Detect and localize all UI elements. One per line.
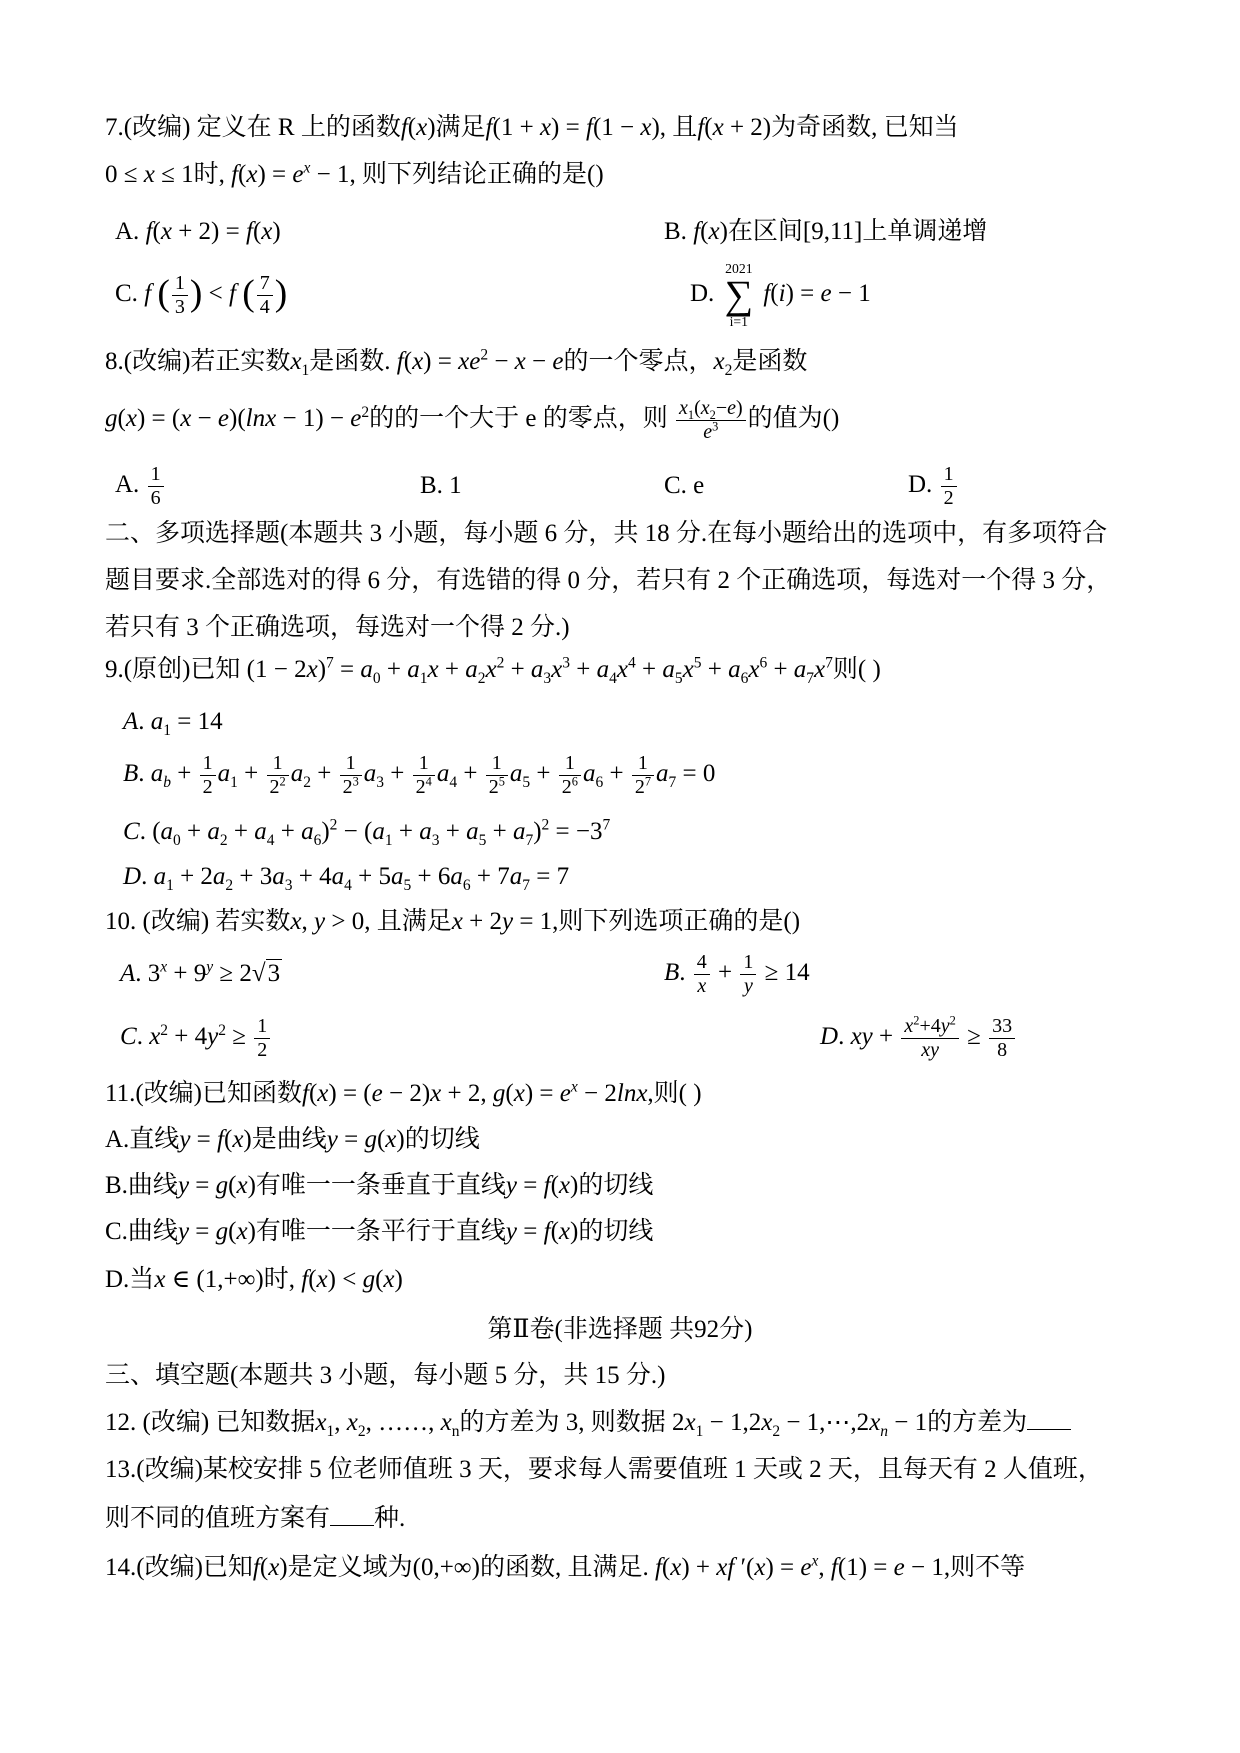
q10-option-a: A. 3x + 9y ≥ 2√3 (120, 958, 282, 991)
q9-option-a: A. a1 = 14 (123, 706, 223, 739)
q7-options-row2: C. f (13) < f (74) D. 2021∑i=1 f(i) = e … (105, 248, 1180, 342)
q11-option-c-row: C.曲线y = g(x)有唯一一条平行于直线y = f(x)的切线 (105, 1210, 1180, 1254)
q8-stem-line2-text: g(x) = (x − e)(lnx − 1) − e2的的一个大于 e 的零点… (105, 397, 839, 444)
q8-option-d: D. 12 (908, 463, 959, 510)
q9-option-b-row: B. ab + 12a1 + 122a2 + 123a3 + 124a4 + 1… (105, 744, 1180, 806)
q8-options-row: A. 16 B. 1 C. e D. 12 (105, 455, 1180, 517)
q8-option-c: C. e (664, 470, 704, 503)
section3-header: 三、填空题(本题共 3 小题，每小题 5 分，共 15 分.) (105, 1354, 1180, 1398)
q12-stem: 12. (改编) 已知数据x1, x2, ……, xn的方差为 3, 则数据 2… (105, 1400, 1180, 1444)
exam-page: 7.(改编) 定义在 R 上的函数f(x)满足f(1 + x) = f(1 − … (0, 0, 1240, 1753)
q10-options-row1: A. 3x + 9y ≥ 2√3 B. 4x + 1y ≥ 14 (105, 944, 1180, 1004)
part2-title: 第Ⅱ卷(非选择题 共92分) (0, 1308, 1240, 1352)
q10-stem-text: 10. (改编) 若实数x, y > 0, 且满足x + 2y = 1,则下列选… (105, 906, 800, 939)
section2-header-line1: 二、多项选择题(本题共 3 小题，每小题 6 分，共 18 分.在每小题给出的选… (105, 512, 1180, 556)
q11-option-c: C.曲线y = g(x)有唯一一条平行于直线y = f(x)的切线 (105, 1216, 653, 1249)
q11-option-b-row: B.曲线y = g(x)有唯一一条垂直于直线y = f(x)的切线 (105, 1164, 1180, 1208)
q9-stem-text: 9.(原创)已知 (1 − 2x)7 = a0 + a1x + a2x2 + a… (105, 654, 881, 687)
q7-stem-line2-text: 0 ≤ x ≤ 1时, f(x) = ex − 1, 则下列结论正确的是() (105, 159, 604, 192)
q10-options-row2: C. x2 + 4y2 ≥ 12 D. xy + x2+4y2xy ≥ 338 (105, 1008, 1180, 1068)
q10-option-b: B. 4x + 1y ≥ 14 (664, 951, 810, 998)
q8-stem-line2: g(x) = (x − e)(lnx − 1) − e2的的一个大于 e 的零点… (105, 388, 1180, 452)
q14-stem: 14.(改编)已知f(x)是定义域为(0,+∞)的函数, 且满足. f(x) +… (105, 1546, 1180, 1590)
section3-header-text: 三、填空题(本题共 3 小题，每小题 5 分，共 15 分.) (105, 1360, 665, 1393)
q9-option-c-row: C. (a0 + a2 + a4 + a6)2 − (a1 + a3 + a5 … (105, 810, 1180, 854)
q7-option-b: B. f(x)在区间[9,11]上单调递增 (664, 216, 987, 249)
q7-stem-line2: 0 ≤ x ≤ 1时, f(x) = ex − 1, 则下列结论正确的是() (105, 155, 1180, 195)
q9-option-a-row: A. a1 = 14 (105, 702, 1180, 742)
section2-header-line3-text: 若只有 3 个正确选项，每选对一个得 2 分.) (105, 612, 570, 645)
q10-option-d: D. xy + x2+4y2xy ≥ 338 (820, 1015, 1017, 1062)
q8-option-b: B. 1 (420, 470, 462, 503)
section2-header-line2-text: 题目要求.全部选对的得 6 分，有选错的得 0 分，若只有 2 个正确选项，每选… (105, 565, 1111, 598)
q7-option-d: D. 2021∑i=1 f(i) = e − 1 (690, 261, 871, 329)
q9-option-b: B. ab + 12a1 + 122a2 + 123a3 + 124a4 + 1… (123, 752, 715, 799)
part2-title-text: 第Ⅱ卷(非选择题 共92分) (488, 1314, 753, 1347)
q11-option-a: A.直线y = f(x)是曲线y = g(x)的切线 (105, 1124, 480, 1157)
q8-stem-line1-text: 8.(改编)若正实数x1是函数. f(x) = xe2 − x − e的一个零点… (105, 346, 807, 379)
q8-stem-line1: 8.(改编)若正实数x1是函数. f(x) = xe2 − x − e的一个零点… (105, 340, 1180, 384)
q11-stem-text: 11.(改编)已知函数f(x) = (e − 2)x + 2, g(x) = e… (105, 1078, 702, 1111)
q13-stem-line2-text: 则不同的值班方案有种. (105, 1501, 405, 1536)
q11-option-d-row: D.当x ∈ (1,+∞)时, f(x) < g(x) (105, 1258, 1180, 1302)
q13-stem-line2: 则不同的值班方案有种. (105, 1496, 1180, 1540)
q9-option-c: C. (a0 + a2 + a4 + a6)2 − (a1 + a3 + a5 … (123, 816, 610, 849)
q9-option-d: D. a1 + 2a2 + 3a3 + 4a4 + 5a5 + 6a6 + 7a… (123, 861, 569, 894)
q13-stem-line1-text: 13.(改编)某校安排 5 位老师值班 3 天，要求每人需要值班 1 天或 2 … (105, 1454, 1103, 1487)
q8-option-a: A. 16 (115, 463, 166, 510)
q7-option-a: A. f(x + 2) = f(x) (115, 216, 281, 249)
q7-stem-line1: 7.(改编) 定义在 R 上的函数f(x)满足f(1 + x) = f(1 − … (105, 108, 1180, 148)
section2-header-line2: 题目要求.全部选对的得 6 分，有选错的得 0 分，若只有 2 个正确选项，每选… (105, 559, 1180, 603)
q7-option-c: C. f (13) < f (74) (115, 272, 287, 319)
q10-stem: 10. (改编) 若实数x, y > 0, 且满足x + 2y = 1,则下列选… (105, 900, 1180, 944)
section2-header-line1-text: 二、多项选择题(本题共 3 小题，每小题 6 分，共 18 分.在每小题给出的选… (105, 518, 1107, 551)
q11-option-d: D.当x ∈ (1,+∞)时, f(x) < g(x) (105, 1264, 403, 1297)
q11-stem: 11.(改编)已知函数f(x) = (e − 2)x + 2, g(x) = e… (105, 1072, 1180, 1116)
q7-stem-line1-text: 7.(改编) 定义在 R 上的函数f(x)满足f(1 + x) = f(1 − … (105, 112, 959, 145)
q14-stem-text: 14.(改编)已知f(x)是定义域为(0,+∞)的函数, 且满足. f(x) +… (105, 1552, 1025, 1585)
q12-stem-text: 12. (改编) 已知数据x1, x2, ……, xn的方差为 3, 则数据 2… (105, 1405, 1071, 1440)
q11-option-b: B.曲线y = g(x)有唯一一条垂直于直线y = f(x)的切线 (105, 1170, 653, 1203)
section2-header-line3: 若只有 3 个正确选项，每选对一个得 2 分.) (105, 606, 1180, 650)
q11-option-a-row: A.直线y = f(x)是曲线y = g(x)的切线 (105, 1118, 1180, 1162)
q10-option-c: C. x2 + 4y2 ≥ 12 (120, 1015, 272, 1062)
q9-option-d-row: D. a1 + 2a2 + 3a3 + 4a4 + 5a5 + 6a6 + 7a… (105, 855, 1180, 899)
q9-stem: 9.(原创)已知 (1 − 2x)7 = a0 + a1x + a2x2 + a… (105, 648, 1180, 692)
q13-stem-line1: 13.(改编)某校安排 5 位老师值班 3 天，要求每人需要值班 1 天或 2 … (105, 1448, 1180, 1492)
